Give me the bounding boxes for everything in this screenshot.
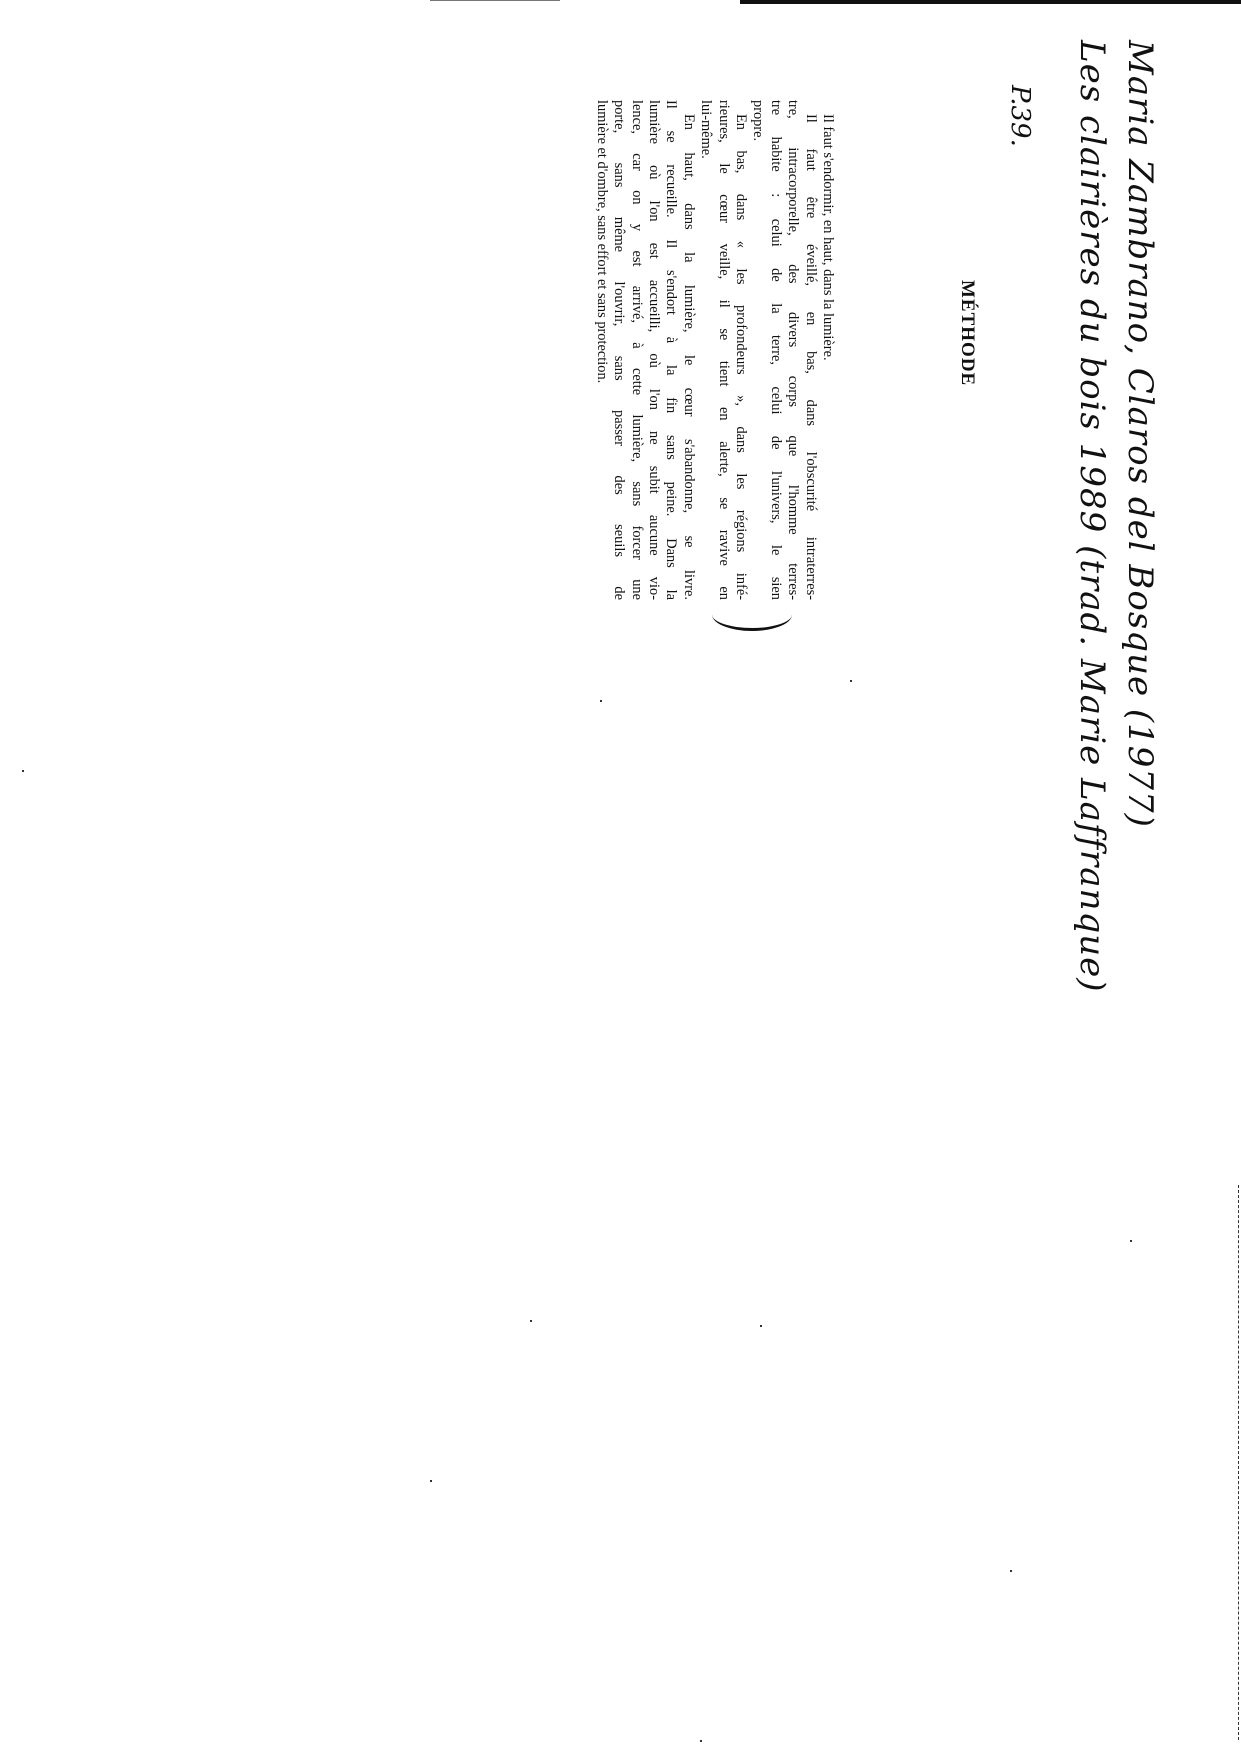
paragraph-2: Il faut être éveillé, en bas, dans l'obs…: [749, 100, 819, 600]
text-line: propre.: [749, 100, 766, 600]
text-line: porte, sans même l'ouvrir, sans passer d…: [610, 100, 627, 600]
paragraph-1: Il faut s'endormir, en haut, dans la lum…: [819, 100, 836, 600]
scan-speck: [1130, 1240, 1132, 1242]
scan-speck: [22, 770, 24, 772]
text-line: En bas, dans « les profondeurs », dans l…: [732, 100, 749, 600]
scan-edge-artifact: [430, 0, 560, 1]
scan-speck: [530, 1320, 532, 1322]
scan-speck: [760, 1325, 762, 1327]
paragraph-3: En bas, dans « les profondeurs », dans l…: [697, 100, 749, 600]
body-text: Il faut s'endormir, en haut, dans la lum…: [592, 100, 836, 600]
scan-speck: [430, 1480, 432, 1482]
scan-speck: [700, 1740, 702, 1742]
section-heading: MÉTHODE: [956, 280, 978, 386]
text-line: tre, intracorporelle, des divers corps q…: [784, 100, 801, 600]
text-line: rieures, le cœur veille, il se tient en …: [714, 100, 731, 600]
scan-speck: [850, 680, 852, 682]
text-line: lence, car on y est arrivé, à cette lumi…: [627, 100, 644, 600]
handwritten-line-1: Maria Zambrano, Claros del Bosque (1977): [1120, 40, 1160, 828]
handwritten-line-2: Les clairières du bois 1989 (trad. Marie…: [1072, 40, 1112, 993]
scan-edge-artifact: [740, 0, 1241, 4]
page-number: P.39.: [1005, 85, 1035, 147]
scan-speck: [1010, 1570, 1012, 1572]
handwritten-note-translation: Les clairières du bois 1989 (trad. Marie…: [1072, 40, 1112, 993]
text-line: Il faut être éveillé, en bas, dans l'obs…: [801, 100, 818, 600]
text-line: Il se recueille. Il s'endort à la fin sa…: [662, 100, 679, 600]
text-line: En haut, dans la lumière, le cœur s'aban…: [679, 100, 696, 600]
text-line: lumière et d'ombre, sans effort et sans …: [592, 100, 609, 600]
paragraph-4: En haut, dans la lumière, le cœur s'aban…: [592, 100, 696, 600]
text-line: lumière où l'on est accueilli, où l'on n…: [645, 100, 662, 600]
handwritten-note-author: Maria Zambrano, Claros del Bosque (1977): [1120, 40, 1160, 828]
scan-speck: [600, 700, 602, 702]
text-line: tre habite : celui de la terre, celui de…: [766, 100, 783, 600]
text-line: lui-même.: [697, 100, 714, 600]
text-line: Il faut s'endormir, en haut, dans la lum…: [819, 100, 836, 600]
handwritten-bracket-mark: [712, 598, 792, 631]
scan-edge-artifact: [1238, 1185, 1240, 1740]
